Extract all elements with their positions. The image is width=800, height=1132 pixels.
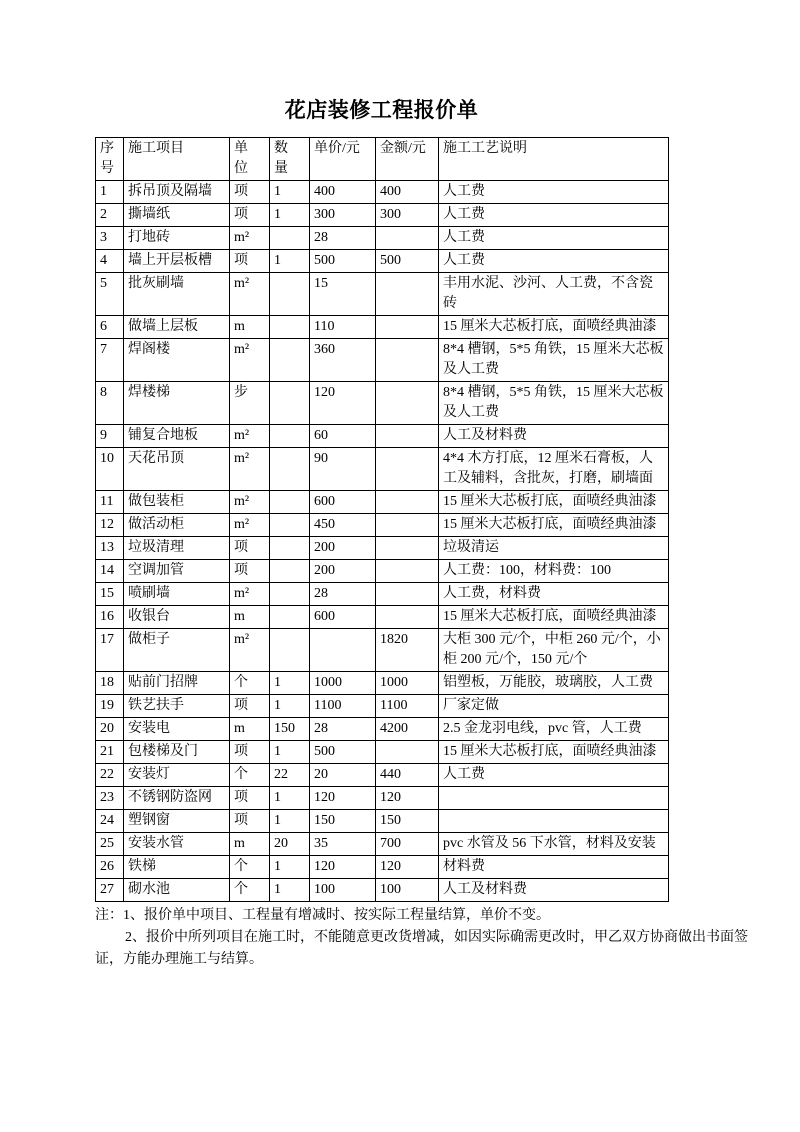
table-row: 20安装电m1502842002.5 金龙羽电线，pvc 管，人工费 bbox=[96, 718, 669, 741]
table-cell: 15 厘米大芯板打底，面喷经典油漆 bbox=[439, 606, 669, 629]
note-line-1: 注：1、报价单中项目、工程量有增减时、按实际工程量结算，单价不变。 bbox=[95, 905, 800, 927]
table-cell: 700 bbox=[376, 833, 439, 856]
table-cell: 1100 bbox=[376, 695, 439, 718]
table-cell: 1 bbox=[270, 250, 310, 273]
table-row: 23不锈钢防盗网项1120120 bbox=[96, 787, 669, 810]
table-cell: 不锈钢防盗网 bbox=[124, 787, 230, 810]
table-cell: 22 bbox=[270, 764, 310, 787]
table-cell: 项 bbox=[230, 810, 270, 833]
table-cell: 300 bbox=[310, 204, 376, 227]
table-cell: 21 bbox=[96, 741, 124, 764]
table-cell: 14 bbox=[96, 560, 124, 583]
table-cell: 1000 bbox=[310, 672, 376, 695]
table-cell: 2.5 金龙羽电线，pvc 管，人工费 bbox=[439, 718, 669, 741]
table-cell bbox=[376, 382, 439, 425]
table-cell: m² bbox=[230, 448, 270, 491]
table-cell: 15 厘米大芯板打底，面喷经典油漆 bbox=[439, 491, 669, 514]
table-cell: 人工费：100，材料费：100 bbox=[439, 560, 669, 583]
table-cell: 120 bbox=[310, 382, 376, 425]
table-cell bbox=[270, 382, 310, 425]
table-row: 1拆吊顶及隔墙项1400400人工费 bbox=[96, 181, 669, 204]
table-cell: 做柜子 bbox=[124, 629, 230, 672]
table-header-cell: 序 号 bbox=[96, 138, 124, 181]
table-cell: m² bbox=[230, 339, 270, 382]
table-cell bbox=[376, 316, 439, 339]
table-cell: 人工费 bbox=[439, 764, 669, 787]
table-cell: 焊楼梯 bbox=[124, 382, 230, 425]
table-row: 9铺复合地板m²60人工及材料费 bbox=[96, 425, 669, 448]
table-cell: 项 bbox=[230, 695, 270, 718]
page-title: 花店装修工程报价单 bbox=[95, 94, 668, 124]
table-cell: 1 bbox=[270, 879, 310, 902]
table-row: 4墙上开层板槽项1500500人工费 bbox=[96, 250, 669, 273]
table-cell: 1 bbox=[270, 810, 310, 833]
table-cell: 11 bbox=[96, 491, 124, 514]
table-cell: 个 bbox=[230, 764, 270, 787]
table-cell: 15 厘米大芯板打底，面喷经典油漆 bbox=[439, 741, 669, 764]
table-cell: 做活动柜 bbox=[124, 514, 230, 537]
table-cell: m² bbox=[230, 425, 270, 448]
table-cell: m bbox=[230, 718, 270, 741]
table-cell: 步 bbox=[230, 382, 270, 425]
table-header-cell: 单价/元 bbox=[310, 138, 376, 181]
table-cell bbox=[376, 448, 439, 491]
table-cell: 18 bbox=[96, 672, 124, 695]
table-cell: 360 bbox=[310, 339, 376, 382]
table-row: 15喷刷墙m²28人工费，材料费 bbox=[96, 583, 669, 606]
table-header-cell: 数 量 bbox=[270, 138, 310, 181]
note-line-3: 证，方能办理施工与结算。 bbox=[95, 949, 800, 971]
table-row: 8焊楼梯步1208*4 槽钢，5*5 角铁，15 厘米大芯板及人工费 bbox=[96, 382, 669, 425]
table-cell bbox=[376, 537, 439, 560]
table-cell: 3 bbox=[96, 227, 124, 250]
table-cell: 项 bbox=[230, 787, 270, 810]
table-cell: 1000 bbox=[376, 672, 439, 695]
table-cell: 个 bbox=[230, 879, 270, 902]
table-cell: 项 bbox=[230, 204, 270, 227]
table-cell: 砌水池 bbox=[124, 879, 230, 902]
table-header-cell: 金额/元 bbox=[376, 138, 439, 181]
table-header-cell: 施工工艺说明 bbox=[439, 138, 669, 181]
table-cell: m² bbox=[230, 491, 270, 514]
table-cell bbox=[376, 606, 439, 629]
table-cell bbox=[376, 583, 439, 606]
table-cell: 1 bbox=[270, 787, 310, 810]
table-cell: 个 bbox=[230, 672, 270, 695]
table-cell: 19 bbox=[96, 695, 124, 718]
table-cell: 做包装柜 bbox=[124, 491, 230, 514]
table-cell: 35 bbox=[310, 833, 376, 856]
table-cell: 25 bbox=[96, 833, 124, 856]
table-cell: 4 bbox=[96, 250, 124, 273]
table-row: 18贴前门招牌个110001000铝塑板，万能胶，玻璃胶，人工费 bbox=[96, 672, 669, 695]
table-row: 14空调加管项200人工费：100，材料费：100 bbox=[96, 560, 669, 583]
table-cell: 23 bbox=[96, 787, 124, 810]
table-cell: 110 bbox=[310, 316, 376, 339]
table-cell: 个 bbox=[230, 856, 270, 879]
table-cell: 1 bbox=[270, 181, 310, 204]
table-cell: 22 bbox=[96, 764, 124, 787]
table-cell bbox=[376, 273, 439, 316]
table-cell: 500 bbox=[310, 741, 376, 764]
table-cell: 2 bbox=[96, 204, 124, 227]
table-cell: 17 bbox=[96, 629, 124, 672]
table-row: 26铁梯个1120120材料费 bbox=[96, 856, 669, 879]
table-cell: 600 bbox=[310, 606, 376, 629]
note-line-2: 2、报价中所列项目在施工时，不能随意更改货增减，如因实际确需更改时，甲乙双方协商… bbox=[95, 927, 800, 949]
table-cell: 28 bbox=[310, 583, 376, 606]
table-cell: 500 bbox=[376, 250, 439, 273]
table-cell: 项 bbox=[230, 537, 270, 560]
table-cell: 8*4 槽钢，5*5 角铁，15 厘米大芯板及人工费 bbox=[439, 339, 669, 382]
table-cell: 8*4 槽钢，5*5 角铁，15 厘米大芯板及人工费 bbox=[439, 382, 669, 425]
table-cell: 440 bbox=[376, 764, 439, 787]
table-cell: m² bbox=[230, 514, 270, 537]
table-cell: 8 bbox=[96, 382, 124, 425]
table-cell: 100 bbox=[376, 879, 439, 902]
table-cell: 500 bbox=[310, 250, 376, 273]
table-cell: 6 bbox=[96, 316, 124, 339]
table-cell bbox=[270, 606, 310, 629]
table-cell: 450 bbox=[310, 514, 376, 537]
table-cell: 100 bbox=[310, 879, 376, 902]
table-cell: m² bbox=[230, 227, 270, 250]
table-cell bbox=[376, 514, 439, 537]
table-cell: 材料费 bbox=[439, 856, 669, 879]
table-cell: 4200 bbox=[376, 718, 439, 741]
table-cell: 安装水管 bbox=[124, 833, 230, 856]
table-cell: 贴前门招牌 bbox=[124, 672, 230, 695]
table-cell: 项 bbox=[230, 250, 270, 273]
table-cell: 人工费 bbox=[439, 250, 669, 273]
table-cell: 安装灯 bbox=[124, 764, 230, 787]
table-cell bbox=[270, 273, 310, 316]
table-cell bbox=[439, 787, 669, 810]
table-cell: 4*4 木方打底，12 厘米石膏板，人工及辅料，含批灰，打磨，刷墙面 bbox=[439, 448, 669, 491]
table-cell: 人工费 bbox=[439, 227, 669, 250]
table-cell: 120 bbox=[310, 787, 376, 810]
table-cell bbox=[270, 491, 310, 514]
table-cell: 项 bbox=[230, 560, 270, 583]
notes-section: 注：1、报价单中项目、工程量有增减时、按实际工程量结算，单价不变。 2、报价中所… bbox=[95, 905, 800, 971]
table-cell: 400 bbox=[310, 181, 376, 204]
table-cell: 焊阁楼 bbox=[124, 339, 230, 382]
table-cell: 人工及材料费 bbox=[439, 879, 669, 902]
table-cell: 项 bbox=[230, 181, 270, 204]
table-cell: 批灰刷墙 bbox=[124, 273, 230, 316]
table-cell: 铁艺扶手 bbox=[124, 695, 230, 718]
table-row: 27砌水池个1100100人工及材料费 bbox=[96, 879, 669, 902]
table-cell: 拆吊顶及隔墙 bbox=[124, 181, 230, 204]
table-row: 16收银台m60015 厘米大芯板打底，面喷经典油漆 bbox=[96, 606, 669, 629]
table-cell: m bbox=[230, 606, 270, 629]
table-cell bbox=[270, 316, 310, 339]
table-cell: 15 厘米大芯板打底，面喷经典油漆 bbox=[439, 316, 669, 339]
table-cell: 13 bbox=[96, 537, 124, 560]
table-cell: 天花吊顶 bbox=[124, 448, 230, 491]
table-cell: 做墙上层板 bbox=[124, 316, 230, 339]
table-cell: 项 bbox=[230, 741, 270, 764]
table-row: 19铁艺扶手项111001100厂家定做 bbox=[96, 695, 669, 718]
table-row: 6做墙上层板m11015 厘米大芯板打底，面喷经典油漆 bbox=[96, 316, 669, 339]
table-cell: 喷刷墙 bbox=[124, 583, 230, 606]
table-cell: 人工及材料费 bbox=[439, 425, 669, 448]
table-row: 12做活动柜m²45015 厘米大芯板打底，面喷经典油漆 bbox=[96, 514, 669, 537]
table-cell: 90 bbox=[310, 448, 376, 491]
table-cell: 1820 bbox=[376, 629, 439, 672]
table-cell: 150 bbox=[376, 810, 439, 833]
table-row: 2撕墙纸项1300300人工费 bbox=[96, 204, 669, 227]
table-header-cell: 单 位 bbox=[230, 138, 270, 181]
table-cell: 150 bbox=[270, 718, 310, 741]
table-cell: 15 bbox=[310, 273, 376, 316]
table-cell: 20 bbox=[310, 764, 376, 787]
table-row: 3打地砖m²28人工费 bbox=[96, 227, 669, 250]
table-cell: 1 bbox=[270, 672, 310, 695]
table-row: 11做包装柜m²60015 厘米大芯板打底，面喷经典油漆 bbox=[96, 491, 669, 514]
table-cell: pvc 水管及 56 下水管，材料及安装 bbox=[439, 833, 669, 856]
table-cell: 10 bbox=[96, 448, 124, 491]
table-cell bbox=[376, 339, 439, 382]
table-cell: 300 bbox=[376, 204, 439, 227]
table-cell: 150 bbox=[310, 810, 376, 833]
document-page: 花店装修工程报价单 序 号施工项目单 位数 量单价/元金额/元施工工艺说明 1拆… bbox=[0, 0, 800, 971]
table-cell bbox=[270, 629, 310, 672]
table-cell: 塑钢窗 bbox=[124, 810, 230, 833]
table-cell: 人工费 bbox=[439, 181, 669, 204]
table-cell: 7 bbox=[96, 339, 124, 382]
table-cell: m² bbox=[230, 629, 270, 672]
table-cell: m bbox=[230, 316, 270, 339]
table-cell: 铝塑板，万能胶，玻璃胶，人工费 bbox=[439, 672, 669, 695]
table-cell: 墙上开层板槽 bbox=[124, 250, 230, 273]
table-cell: 1 bbox=[96, 181, 124, 204]
table-cell: 12 bbox=[96, 514, 124, 537]
table-cell bbox=[376, 425, 439, 448]
table-cell bbox=[270, 448, 310, 491]
table-cell: 人工费，材料费 bbox=[439, 583, 669, 606]
table-header-cell: 施工项目 bbox=[124, 138, 230, 181]
table-cell: 27 bbox=[96, 879, 124, 902]
table-cell: m bbox=[230, 833, 270, 856]
table-cell bbox=[270, 425, 310, 448]
table-cell bbox=[376, 560, 439, 583]
table-cell: m² bbox=[230, 583, 270, 606]
table-row: 17做柜子m²1820大柜 300 元/个，中柜 260 元/个，小柜 200 … bbox=[96, 629, 669, 672]
table-cell: 28 bbox=[310, 227, 376, 250]
table-cell: 9 bbox=[96, 425, 124, 448]
table-cell: 打地砖 bbox=[124, 227, 230, 250]
table-cell: 120 bbox=[310, 856, 376, 879]
table-cell: 空调加管 bbox=[124, 560, 230, 583]
table-cell: 400 bbox=[376, 181, 439, 204]
table-row: 21包楼梯及门项150015 厘米大芯板打底，面喷经典油漆 bbox=[96, 741, 669, 764]
table-cell: 120 bbox=[376, 787, 439, 810]
table-cell: 垃圾清运 bbox=[439, 537, 669, 560]
table-row: 10天花吊顶m²904*4 木方打底，12 厘米石膏板，人工及辅料，含批灰，打磨… bbox=[96, 448, 669, 491]
table-cell: 200 bbox=[310, 537, 376, 560]
table-cell bbox=[270, 583, 310, 606]
table-row: 13垃圾清理项200垃圾清运 bbox=[96, 537, 669, 560]
table-row: 7焊阁楼m²3608*4 槽钢，5*5 角铁，15 厘米大芯板及人工费 bbox=[96, 339, 669, 382]
table-cell: 60 bbox=[310, 425, 376, 448]
table-cell: 厂家定做 bbox=[439, 695, 669, 718]
table-header-row: 序 号施工项目单 位数 量单价/元金额/元施工工艺说明 bbox=[96, 138, 669, 181]
table-cell: 15 bbox=[96, 583, 124, 606]
table-cell: 28 bbox=[310, 718, 376, 741]
table-cell: 15 厘米大芯板打底，面喷经典油漆 bbox=[439, 514, 669, 537]
table-cell: 包楼梯及门 bbox=[124, 741, 230, 764]
table-row: 22安装灯个2220440人工费 bbox=[96, 764, 669, 787]
table-cell: 收银台 bbox=[124, 606, 230, 629]
table-cell: 丰用水泥、沙河、人工费，不含瓷砖 bbox=[439, 273, 669, 316]
table-cell: 铺复合地板 bbox=[124, 425, 230, 448]
table-cell: 大柜 300 元/个，中柜 260 元/个，小柜 200 元/个，150 元/个 bbox=[439, 629, 669, 672]
table-cell bbox=[270, 339, 310, 382]
table-body: 1拆吊顶及隔墙项1400400人工费2撕墙纸项1300300人工费3打地砖m²2… bbox=[96, 181, 669, 902]
table-cell bbox=[376, 491, 439, 514]
table-cell: 20 bbox=[270, 833, 310, 856]
table-cell bbox=[439, 810, 669, 833]
table-cell: 人工费 bbox=[439, 204, 669, 227]
table-cell bbox=[310, 629, 376, 672]
table-cell: 16 bbox=[96, 606, 124, 629]
table-row: 25安装水管m2035700pvc 水管及 56 下水管，材料及安装 bbox=[96, 833, 669, 856]
quotation-table: 序 号施工项目单 位数 量单价/元金额/元施工工艺说明 1拆吊顶及隔墙项1400… bbox=[95, 137, 669, 902]
table-cell bbox=[376, 227, 439, 250]
table-row: 24塑钢窗项1150150 bbox=[96, 810, 669, 833]
table-cell: 120 bbox=[376, 856, 439, 879]
table-cell bbox=[270, 514, 310, 537]
table-cell bbox=[270, 560, 310, 583]
table-cell: m² bbox=[230, 273, 270, 316]
table-cell: 1 bbox=[270, 741, 310, 764]
table-cell: 20 bbox=[96, 718, 124, 741]
table-cell: 26 bbox=[96, 856, 124, 879]
table-cell: 600 bbox=[310, 491, 376, 514]
table-cell: 1 bbox=[270, 856, 310, 879]
table-row: 5批灰刷墙m²15丰用水泥、沙河、人工费，不含瓷砖 bbox=[96, 273, 669, 316]
table-cell: 200 bbox=[310, 560, 376, 583]
table-cell bbox=[270, 537, 310, 560]
table-cell: 安装电 bbox=[124, 718, 230, 741]
table-cell: 24 bbox=[96, 810, 124, 833]
table-cell: 1 bbox=[270, 204, 310, 227]
table-cell bbox=[376, 741, 439, 764]
table-cell: 撕墙纸 bbox=[124, 204, 230, 227]
table-cell: 垃圾清理 bbox=[124, 537, 230, 560]
table-cell: 1 bbox=[270, 695, 310, 718]
table-cell: 铁梯 bbox=[124, 856, 230, 879]
table-cell: 1100 bbox=[310, 695, 376, 718]
table-cell: 5 bbox=[96, 273, 124, 316]
table-cell bbox=[270, 227, 310, 250]
